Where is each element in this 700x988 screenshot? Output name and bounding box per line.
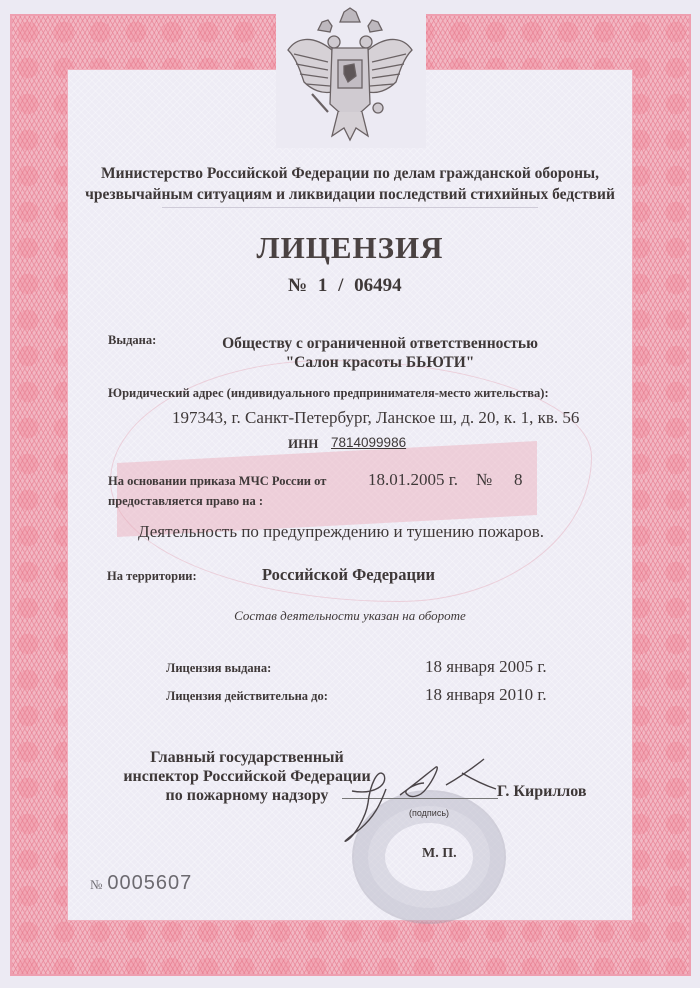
serial-number: №0005607 [90,872,192,895]
inn-label: ИНН [288,436,318,452]
licensed-activity: Деятельность по предупреждению и тушению… [0,522,682,542]
signature-icon [344,755,504,845]
address-label: Юридический адрес (индивидуального предп… [108,386,549,401]
territory-label: На территории: [107,569,197,584]
serial-number-sign: № [90,877,103,892]
valid-until-date: 18 января 2010 г. [425,685,547,705]
header-divider [162,207,538,208]
seal-place-mark: М. П. [422,846,457,862]
coat-of-arms-icon [282,4,418,142]
serial-number-value: 0005607 [107,872,192,894]
issued-date-label: Лицензия выдана: [166,661,271,676]
issued-date: 18 января 2005 г. [425,657,547,677]
order-number: 8 [514,470,523,490]
organization-name: "Салон красоты БЬЮТИ" [0,354,700,372]
right-granted-label: предоставляется право на : [108,494,263,509]
signatory-name: Г. Кириллов [497,783,587,801]
document-title: ЛИЦЕНЗИЯ [0,230,700,266]
address-value: 197343, г. Санкт-Петербург, Ланское ш, д… [172,408,579,428]
ministry-line-2: чрезвычайным ситуациям и ликвидации посл… [0,184,700,205]
scope-note: Состав деятельности указан на обороте [0,608,700,624]
order-label: На основании приказа МЧС России от [108,474,326,489]
territory-value: Российской Федерации [262,565,435,585]
organization-type: Обществу с ограниченной ответственностью [0,335,700,353]
number-sign: № [288,275,307,296]
signatory-title: Главный государственный инспектор Россий… [114,748,380,805]
ministry-name: Министерство Российской Федерации по дел… [0,163,700,205]
valid-until-label: Лицензия действительна до: [166,689,328,704]
license-number-value: 1 / 06494 [318,275,402,296]
order-date: 18.01.2005 г. [368,470,458,490]
inn-value: 7814099986 [331,435,406,450]
ministry-line-1: Министерство Российской Федерации по дел… [0,163,700,184]
signature-caption: (подпись) [409,808,449,818]
order-number-sign: № [476,470,492,490]
license-number: № 1 / 06494 [288,275,402,297]
